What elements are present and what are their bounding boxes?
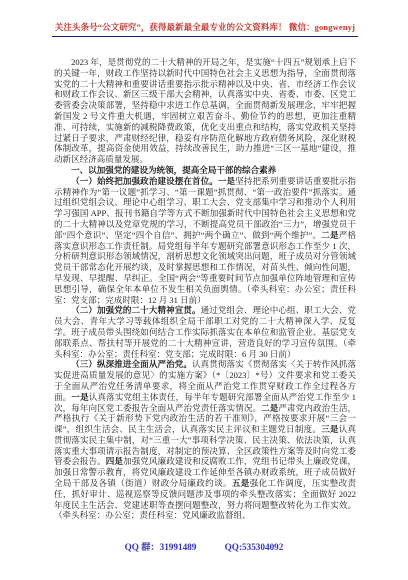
item-1-paragraph: （一）始终把加强政治建设摆在首位。一是坚持把系列重要讲话重要批示指示精神作为“第… [54,176,356,306]
section-heading-1: 一、以加强党的建设为统领，提高全局干部的综合素养 [54,165,356,176]
intro-paragraph: 2023 年，是贯彻党的二十大精神的开局之年，是实施“十四五”规划承上启下的关键… [54,57,356,165]
document-body: 2023 年，是贯彻党的二十大精神的开局之年，是实施“十四五”规划承上启下的关键… [54,57,356,523]
item-3-paragraph: （三）纵深推进全面从严治党。认真贯彻落实《贯彻落实〈关于转作风抓落实促进高质量发… [54,359,356,521]
text-segment: 三是 [321,424,339,434]
text-segment: （三）纵深推进全面从严治党。 [71,359,192,369]
text-segment: 二是 [321,230,338,240]
text-segment: 五是 [232,478,250,488]
item-2-paragraph: （二）加强党的二十大精神宣贯。通过党组会、理论中心组、职工大会、党员大会、青年大… [54,305,356,359]
text-segment: 一是 [71,392,88,402]
text-segment: 二是 [261,403,278,413]
text-segment: 四是 [106,456,123,466]
text-segment: 一、以加强党的建设为统领，提高全局干部的综合素养 [71,165,276,175]
promo-footer: QQ 群：31991489 QQ:535304092 [0,541,408,553]
qq-group-number: QQ 群：31991489 [125,542,197,552]
text-segment: 一是 [218,176,235,186]
text-segment: （二）加强党的二十大精神宣贯。 [71,305,201,315]
text-segment: 严格落实意识形态工作责任制。局党组每半年专题研究部署意识形态工作至少 1 次，分… [54,230,356,305]
qq-number: QQ:535304092 [225,542,284,552]
promo-header: 关注头条号“公文研究”，获得最新最全最专业的公文资料库！ 微信：gongweny… [52,22,358,37]
text-segment: （一）始终把加强政治建设摆在首位。 [71,176,218,186]
promo-header-text: 关注头条号“公文研究”，获得最新最全最专业的公文资料库！ 微信：gongweny… [55,23,355,32]
document-page: 关注头条号“公文研究”，获得最新最全最专业的公文资料库！ 微信：gongweny… [0,0,408,580]
text-segment: 2023 年，是贯彻党的二十大精神的开局之年，是实施“十四五”规划承上启下的关键… [54,57,356,164]
